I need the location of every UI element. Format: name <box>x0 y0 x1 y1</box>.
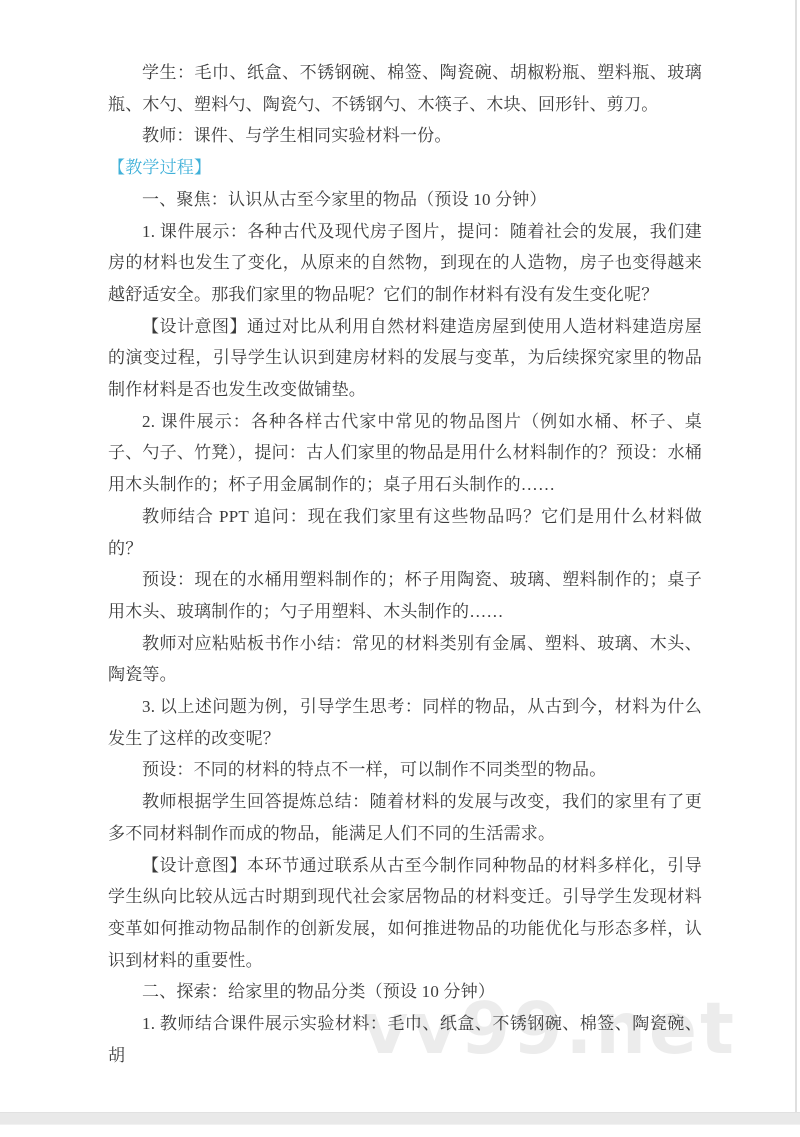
page-right-edge-line <box>795 0 797 1112</box>
para-teacher-summary: 教师根据学生回答提炼总结：随着材料的发展与改变，我们的家里有了更多不同材料制作而… <box>108 786 702 849</box>
para-section-1-focus: 一、聚焦：认识从古至今家里的物品（预设 10 分钟） <box>108 184 702 216</box>
para-student-materials: 学生：毛巾、纸盒、不锈钢碗、棉签、陶瓷碗、胡椒粉瓶、塑料瓶、玻璃瓶、木勺、塑料勺… <box>108 57 702 120</box>
para-courseware-objects: 2. 课件展示：各种各样古代家中常见的物品图片（例如水桶、杯子、桌子、勺子、竹凳… <box>108 406 702 501</box>
heading-teaching-process: 【教学过程】 <box>108 152 702 184</box>
para-preset-modern-materials: 预设：现在的水桶用塑料制作的；杯子用陶瓷、玻璃、塑料制作的；桌子用木头、玻璃制作… <box>108 564 702 627</box>
para-section-2-explore: 二、探索：给家里的物品分类（预设 10 分钟） <box>108 976 702 1008</box>
para-board-summary: 教师对应粘贴板书作小结：常见的材料类别有金属、塑料、玻璃、木头、陶瓷等。 <box>108 628 702 691</box>
para-design-intent-1: 【设计意图】通过对比从利用自然材料建造房屋到使用人造材料建造房屋的演变过程，引导… <box>108 311 702 406</box>
para-preset-material-traits: 预设：不同的材料的特点不一样，可以制作不同类型的物品。 <box>108 754 702 786</box>
para-design-intent-2: 【设计意图】本环节通过联系从古至今制作同种物品的材料多样化，引导学生纵向比较从远… <box>108 850 702 977</box>
para-courseware-houses: 1. 课件展示：各种古代及现代房子图片，提问：随着社会的发展，我们建房的材料也发… <box>108 216 702 311</box>
page-break-gap <box>0 1112 800 1125</box>
document-page: vv99.net 学生：毛巾、纸盒、不锈钢碗、棉签、陶瓷碗、胡椒粉瓶、塑料瓶、玻… <box>0 0 800 1112</box>
para-question-3: 3. 以上述问题为例，引导学生思考：同样的物品，从古到今，材料为什么发生了这样的… <box>108 691 702 754</box>
para-experiment-materials-cutoff: 1. 教师结合课件展示实验材料：毛巾、纸盒、不锈钢碗、棉签、陶瓷碗、胡 <box>108 1008 702 1071</box>
next-page-top <box>0 1125 800 1137</box>
para-teacher-ppt-question: 教师结合 PPT 追问：现在我们家里有这些物品吗？它们是用什么材料做的？ <box>108 501 702 564</box>
para-teacher-materials: 教师：课件、与学生相同实验材料一份。 <box>108 120 702 152</box>
page-text-content: 学生：毛巾、纸盒、不锈钢碗、棉签、陶瓷碗、胡椒粉瓶、塑料瓶、玻璃瓶、木勺、塑料勺… <box>108 57 702 1072</box>
